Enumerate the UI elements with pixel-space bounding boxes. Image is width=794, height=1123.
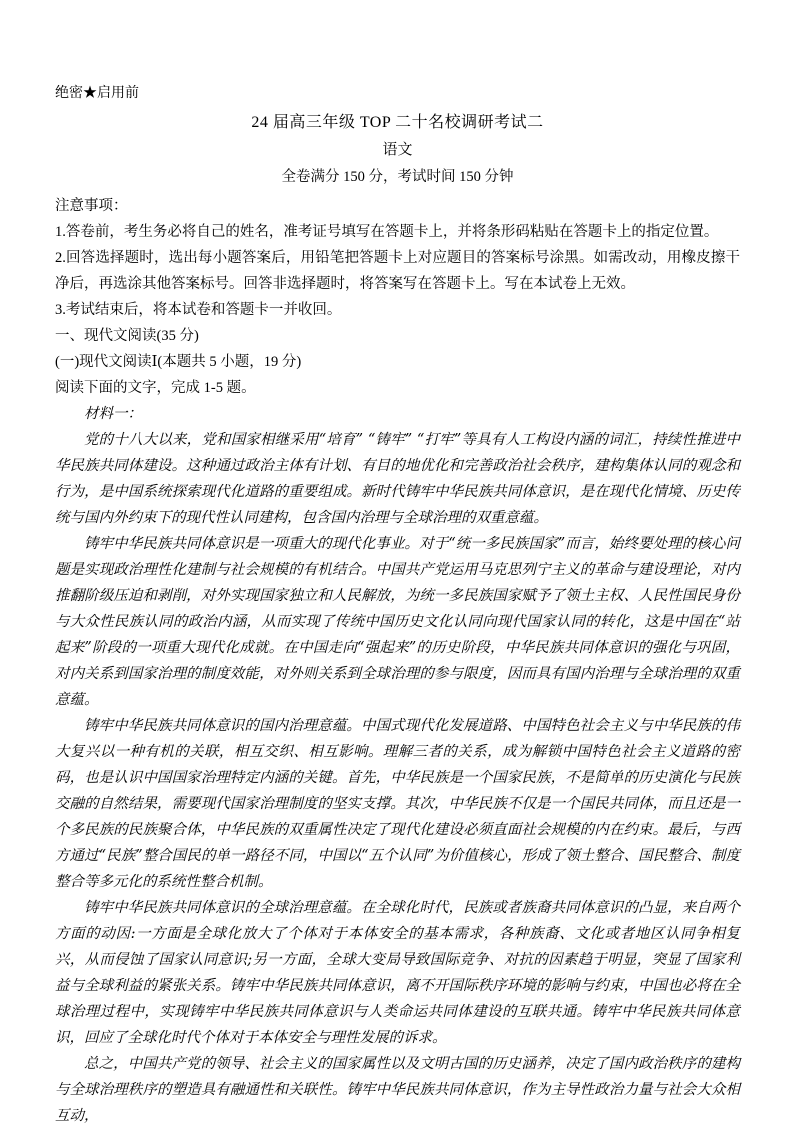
notice-heading: 注意事项： xyxy=(55,193,740,219)
notice-section: 注意事项： 1.答卷前，考生务必将自己的姓名，准考证号填写在答题卡上，并将条形码… xyxy=(55,193,740,323)
notice-item-1: 1.答卷前，考生务必将自己的姓名，准考证号填写在答题卡上，并将条形码粘贴在答题卡… xyxy=(55,219,740,245)
exam-score-info: 全卷满分 150 分，考试时间 150 分钟 xyxy=(55,164,740,191)
passage-paragraph-3: 铸牢中华民族共同体意识的国内治理意蕴。中国式现代化发展道路、中国特色社会主义与中… xyxy=(55,713,740,895)
notice-item-2: 2.回答选择题时，选出每小题答案后，用铅笔把答题卡上对应题目的答案标号涂黑。如需… xyxy=(55,245,740,297)
section-heading: 一、现代文阅读(35 分) xyxy=(55,323,740,349)
passage-paragraph-1: 党的十八大以来，党和国家相继采用“培育” “铸牢” “打牢”等具有人工构设内涵的… xyxy=(55,427,740,531)
exam-title: 24 届高三年级 TOP 二十名校调研考试二 xyxy=(55,109,740,137)
material-label: 材料一： xyxy=(55,401,740,427)
passage-paragraph-2: 铸牢中华民族共同体意识是一项重大的现代化事业。对于“统一多民族国家”而言，始终要… xyxy=(55,531,740,713)
exam-paper-page: 绝密★启用前 24 届高三年级 TOP 二十名校调研考试二 语文 全卷满分 15… xyxy=(0,0,794,1123)
exam-subject: 语文 xyxy=(55,137,740,164)
passage-paragraph-5: 总之，中国共产党的领导、社会主义的国家属性以及文明古国的历史涵养，决定了国内政治… xyxy=(55,1051,740,1123)
passage-paragraph-4: 铸牢中华民族共同体意识的全球治理意蕴。在全球化时代，民族或者族裔共同体意识的凸显… xyxy=(55,895,740,1051)
reading-passage: 材料一： 党的十八大以来，党和国家相继采用“培育” “铸牢” “打牢”等具有人工… xyxy=(55,401,740,1123)
reading-instruction: 阅读下面的文字，完成 1-5 题。 xyxy=(55,375,740,401)
security-classification: 绝密★启用前 xyxy=(55,84,740,104)
notice-item-3: 3.考试结束后，将本试卷和答题卡一并收回。 xyxy=(55,297,740,323)
subsection-heading: (一)现代文阅读Ⅰ(本题共 5 小题，19 分) xyxy=(55,349,740,375)
